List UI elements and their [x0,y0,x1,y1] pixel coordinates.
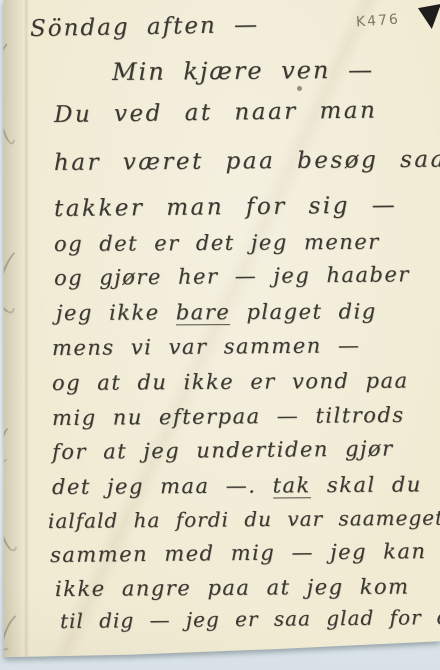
letter-line-segment: plaget dig [230,299,377,324]
letter-line: ialfald ha fordi du var saameget [48,506,440,533]
letter-line: mig nu efterpaa — tiltrods [52,403,405,430]
letter-line: og det er det jeg mener [54,230,380,256]
letter-line-segment: skal du [311,472,422,497]
letter-line-underlined-word: tak [272,473,310,498]
letter-line: det jeg maa —. tak skal du [52,472,422,499]
letter-line-segment: det jeg maa —. [52,473,273,499]
letter-line: jeg ikke bare plaget dig [56,299,377,325]
photo-corner-mount [418,4,440,30]
letter-line-segment: jeg ikke [56,300,176,325]
scanned-letter-page: K476 Söndag aften — Min kjære ven — Du v… [0,0,440,670]
archive-number-pencil: K476 [355,11,400,30]
letter-line: takker man for sig — [54,192,398,222]
letter-line: har været paa besøg saa [54,147,440,176]
letter-line-salutation: Min kjære ven — [112,56,374,86]
letter-line: til dig — jeg er saa glad for det. [60,605,440,633]
ink-spot [297,86,302,91]
letter-line: og gjøre her — jeg haaber [54,262,410,290]
letter-line-underlined-word: bare [176,300,231,325]
letter-line: ikke angre paa at jeg kom [55,575,410,601]
letter-line: sammen med mig — jeg kan [50,539,427,567]
letter-line-date: Söndag aften — [30,12,260,42]
letter-line: Du ved at naar man [54,97,378,128]
letter-paper: K476 Söndag aften — Min kjære ven — Du v… [0,0,440,670]
paper-sheet-wrap: K476 Söndag aften — Min kjære ven — Du v… [0,0,440,670]
letter-line: for at jeg undertiden gjør [52,436,394,464]
letter-line: mens vi var sammen — [52,333,361,360]
letter-line: og at du ikke er vond paa [52,369,409,395]
